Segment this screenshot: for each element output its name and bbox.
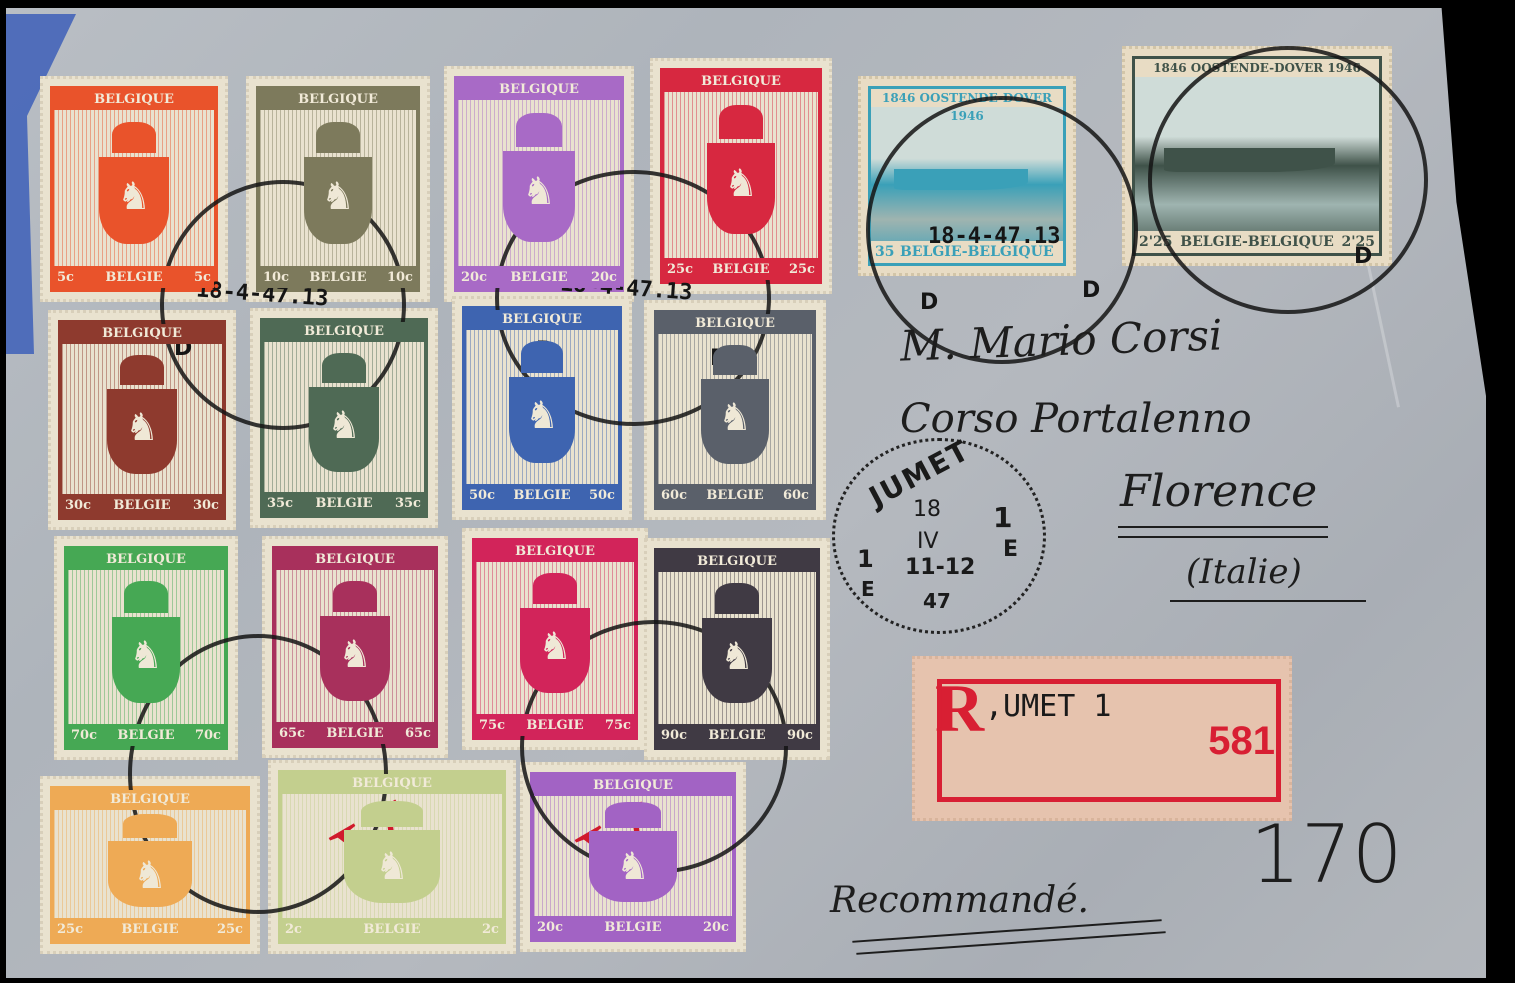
- stamp-country-nl: BELGIE: [510, 270, 567, 285]
- lion-icon: ♞: [718, 637, 756, 695]
- stamp-country: BELGIQUE: [54, 90, 214, 110]
- stamp-country: BELGIQUE: [458, 80, 620, 100]
- postmark-office: 1: [857, 545, 874, 573]
- stamp-country: BELGIQUE: [276, 550, 434, 570]
- stamp-country-nl: BELGIE: [117, 728, 174, 743]
- registration-office: ,UMET 1: [985, 689, 1111, 724]
- stamp-country: BELGIQUE: [282, 774, 502, 794]
- stamp-country-nl: BELGIE: [113, 498, 170, 513]
- lion-icon: ♞: [123, 408, 161, 466]
- postmark-series: E: [1003, 537, 1018, 562]
- stamp-country-nl: BELGIE: [309, 270, 366, 285]
- address-country: (Italie): [1186, 552, 1302, 592]
- stamp-country-nl: BELGIE: [526, 718, 583, 733]
- address-underline: [1118, 536, 1328, 538]
- stamp-country-nl: BELGIE: [604, 920, 661, 935]
- lion-icon: ♞: [336, 635, 374, 693]
- postmark-letter: D: [1354, 244, 1372, 269]
- stamp-5c: BELGIQUE ♞ 5cBELGIE5c: [40, 76, 228, 302]
- stamp-value: 25c: [789, 262, 815, 277]
- stamp-value: 90c: [787, 728, 813, 743]
- crown-icon: [120, 355, 165, 386]
- address-underline: [1118, 526, 1328, 528]
- stamp-value: 30c: [193, 498, 219, 513]
- stamp-country-nl: BELGIE: [513, 488, 570, 503]
- stamp-value: 65c: [405, 726, 431, 741]
- stamp-value: 50c: [469, 488, 495, 503]
- stamp-value: 75c: [605, 718, 631, 733]
- stamp-country: BELGIQUE: [62, 324, 222, 344]
- address-line-2: Corso Portalenno: [900, 396, 1252, 442]
- stamp-country-nl: BELGIE: [326, 726, 383, 741]
- crown-icon: [316, 122, 360, 154]
- stamp-value: 20c: [591, 270, 617, 285]
- postmark-date: 18-4-47.13: [928, 224, 1060, 249]
- crown-icon: [719, 105, 762, 138]
- lion-icon: ♞: [524, 396, 560, 455]
- stamp-value: 25c: [57, 922, 83, 937]
- postmark-letter: D: [1082, 278, 1100, 303]
- stamp-country-nl: BELGIE: [363, 922, 420, 937]
- crown-icon: [112, 122, 157, 154]
- crown-icon: [361, 801, 423, 828]
- crown-icon: [713, 345, 756, 376]
- address-underline: [1170, 600, 1366, 602]
- stamp-country: BELGIQUE: [68, 550, 224, 570]
- stamp-country-nl: BELGIE: [712, 262, 769, 277]
- registration-letter: R: [935, 669, 984, 748]
- stamp-value: 70c: [71, 728, 97, 743]
- stamp-value: 20c: [703, 920, 729, 935]
- postmark-letter: D: [920, 290, 938, 315]
- stamp-country: BELGIQUE: [534, 776, 732, 796]
- stamp-country: BELGIQUE: [658, 552, 816, 572]
- lion-icon: ♞: [115, 177, 153, 236]
- postmark-office: 1: [993, 501, 1012, 534]
- lion-icon: ♞: [536, 627, 574, 685]
- lion-icon: ♞: [127, 856, 173, 901]
- address-city: Florence: [1120, 466, 1317, 517]
- stamp-country-nl: BELGIE: [708, 728, 765, 743]
- lion-icon: ♞: [127, 636, 164, 695]
- crown-icon: [715, 583, 759, 614]
- stamp-value: 5c: [57, 270, 74, 285]
- lion-icon: ♞: [520, 172, 559, 234]
- handwritten-number: 170: [1250, 808, 1403, 901]
- stamp-country-nl: BELGIE: [105, 270, 162, 285]
- stamp-value: 10c: [263, 270, 289, 285]
- crown-icon: [123, 814, 177, 838]
- stamp-country-nl: BELGIE: [315, 496, 372, 511]
- stamp-value: 50c: [589, 488, 615, 503]
- stamp-value: 20c: [461, 270, 487, 285]
- stamp-country-nl: BELGIE: [121, 922, 178, 937]
- stamp-value: 60c: [783, 488, 809, 503]
- crown-icon: [533, 573, 577, 604]
- lion-icon: ♞: [723, 164, 760, 226]
- stamp-country: BELGIQUE: [264, 322, 424, 342]
- postmark-year: 47: [923, 589, 951, 613]
- stamp-30c: BELGIQUE ♞ 30cBELGIE30c: [48, 310, 236, 530]
- crown-icon: [333, 581, 377, 612]
- lion-icon: ♞: [319, 177, 356, 236]
- stamp-country: BELGIQUE: [664, 72, 818, 92]
- stamp-value: 65c: [279, 726, 305, 741]
- stamp-country: BELGIQUE: [54, 790, 246, 810]
- stamp-country: BELGIQUE: [658, 314, 812, 334]
- lion-icon: ♞: [366, 847, 419, 897]
- stamp-value: 70c: [195, 728, 221, 743]
- crown-icon: [124, 581, 168, 612]
- postmark-day: 18: [913, 497, 941, 522]
- stamp-country: BELGIQUE: [260, 90, 416, 110]
- stamp-value: 10c: [387, 270, 413, 285]
- stamp-value: 60c: [661, 488, 687, 503]
- stamp-value: 2c: [482, 922, 499, 937]
- stamp-value: 90c: [661, 728, 687, 743]
- stamp-value: 35c: [267, 496, 293, 511]
- crown-icon: [521, 341, 564, 372]
- lion-icon: ♞: [717, 398, 754, 456]
- recommande-note: Recommandé.: [830, 880, 1089, 921]
- postmark-hours: 11-12: [905, 555, 975, 580]
- lion-icon: ♞: [609, 847, 657, 896]
- jumet-postmark: JUMET 18 IV 11-12 47 1 E 1 E: [832, 438, 1046, 634]
- stamp-value: 75c: [479, 718, 505, 733]
- registration-label: R ,UMET 1 581: [912, 656, 1292, 821]
- stamp-country-nl: BELGIE: [706, 488, 763, 503]
- crown-icon: [605, 802, 660, 828]
- stamp-value: 5c: [194, 270, 211, 285]
- stamp-value: 20c: [537, 920, 563, 935]
- stamp-country: BELGIQUE: [476, 542, 634, 562]
- stamp-value: 30c: [65, 498, 91, 513]
- postmark-circle: [1148, 46, 1428, 314]
- crown-icon: [516, 113, 561, 146]
- postmark-month: IV: [917, 529, 939, 554]
- stamp-value: 2c: [285, 922, 302, 937]
- postmark-series: E: [861, 577, 875, 601]
- lion-icon: ♞: [325, 406, 363, 464]
- registration-number: 581: [1208, 719, 1275, 764]
- crown-icon: [322, 353, 367, 384]
- stamp-value: 35c: [395, 496, 421, 511]
- stamp-value: 25c: [217, 922, 243, 937]
- stamp-value: 25c: [667, 262, 693, 277]
- stamp-country: BELGIQUE: [466, 310, 618, 330]
